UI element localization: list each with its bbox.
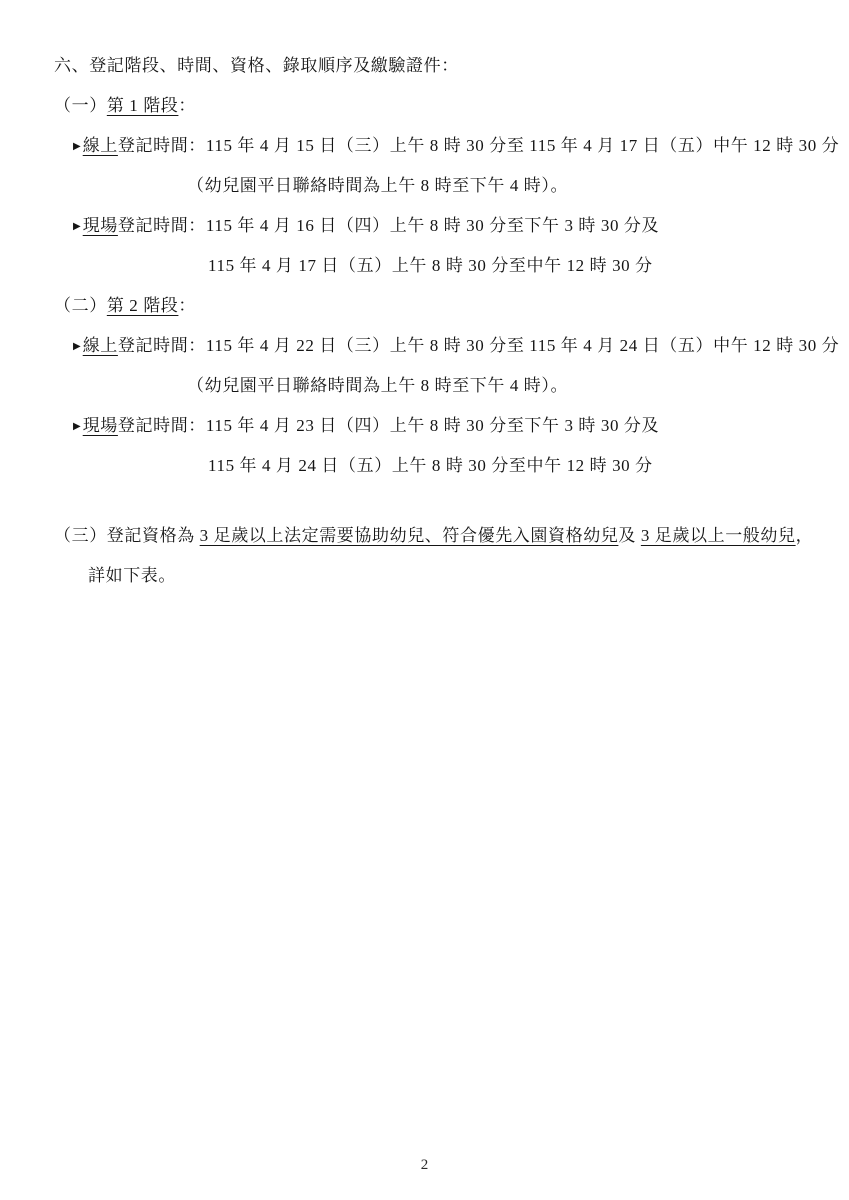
section-heading: 六、登記階段、時間、資格、錄取順序及繳驗證件： xyxy=(54,46,829,86)
phase2-onsite-time-continued: 115 年 4 月 24 日（五）上午 8 時 30 分至中午 12 時 30 … xyxy=(208,446,829,486)
bullet-triangle-icon: ▶ xyxy=(73,207,81,247)
phase1-onsite-time: ▶現場登記時間：115 年 4 月 16 日（四）上午 8 時 30 分至下午 … xyxy=(73,206,829,246)
text: 登記時間：115 年 4 月 16 日（四）上午 8 時 30 分至下午 3 時… xyxy=(118,216,659,235)
subsection-3-eligibility: （三）登記資格為 3 足歲以上法定需要協助幼兒、符合優先入園資格幼兒及 3 足歲… xyxy=(54,516,829,556)
text: 及 xyxy=(618,526,640,545)
text: 登記時間：115 年 4 月 22 日（三）上午 8 時 30 分至 115 年… xyxy=(118,336,839,355)
phase2-onsite-time: ▶現場登記時間：115 年 4 月 23 日（四）上午 8 時 30 分至下午 … xyxy=(73,406,829,446)
phase2-online-time: ▶線上登記時間：115 年 4 月 22 日（三）上午 8 時 30 分至 11… xyxy=(73,326,829,366)
underlined-text: 第 2 階段 xyxy=(107,296,179,315)
phase1-onsite-time-continued: 115 年 4 月 17 日（五）上午 8 時 30 分至中午 12 時 30 … xyxy=(208,246,829,286)
document-page: 六、登記階段、時間、資格、錄取順序及繳驗證件：（一）第 1 階段：▶線上登記時間… xyxy=(0,0,849,1200)
text: 詳如下表。 xyxy=(88,566,176,585)
text: ： xyxy=(178,96,196,115)
document-body: 六、登記階段、時間、資格、錄取順序及繳驗證件：（一）第 1 階段：▶線上登記時間… xyxy=(0,0,849,596)
text: （幼兒園平日聯絡時間為上午 8 時至下午 4 時）。 xyxy=(187,176,568,195)
bullet-triangle-icon: ▶ xyxy=(73,127,81,167)
text: （一） xyxy=(54,96,107,115)
text: 登記時間：115 年 4 月 23 日（四）上午 8 時 30 分至下午 3 時… xyxy=(118,416,659,435)
text: ： xyxy=(178,296,196,315)
text: （三）登記資格為 xyxy=(54,526,200,545)
text: 登記時間：115 年 4 月 15 日（三）上午 8 時 30 分至 115 年… xyxy=(118,136,839,155)
phase1-contact-note: （幼兒園平日聯絡時間為上午 8 時至下午 4 時）。 xyxy=(187,166,829,206)
underlined-text: 現場 xyxy=(83,416,118,435)
subsection-3-continued: 詳如下表。 xyxy=(88,556,829,596)
text: 115 年 4 月 17 日（五）上午 8 時 30 分至中午 12 時 30 … xyxy=(208,256,653,275)
underlined-text: 線上 xyxy=(83,336,118,355)
page-number: 2 xyxy=(0,1157,849,1174)
text: （二） xyxy=(54,296,107,315)
text: 115 年 4 月 24 日（五）上午 8 時 30 分至中午 12 時 30 … xyxy=(208,456,653,475)
underlined-text: 3 足歲以上一般幼兒 xyxy=(641,526,796,545)
underlined-text: 線上 xyxy=(83,136,118,155)
subsection-2-label: （二）第 2 階段： xyxy=(54,286,829,326)
phase2-contact-note: （幼兒園平日聯絡時間為上午 8 時至下午 4 時）。 xyxy=(187,366,829,406)
underlined-text: 現場 xyxy=(83,216,118,235)
text: ， xyxy=(796,526,814,545)
text: （幼兒園平日聯絡時間為上午 8 時至下午 4 時）。 xyxy=(187,376,568,395)
underlined-text: 3 足歲以上法定需要協助幼兒、符合優先入園資格幼兒 xyxy=(200,526,619,545)
phase1-online-time: ▶線上登記時間：115 年 4 月 15 日（三）上午 8 時 30 分至 11… xyxy=(73,126,829,166)
subsection-1-label: （一）第 1 階段： xyxy=(54,86,829,126)
text: 六、登記階段、時間、資格、錄取順序及繳驗證件： xyxy=(54,56,459,75)
underlined-text: 第 1 階段 xyxy=(107,96,179,115)
bullet-triangle-icon: ▶ xyxy=(73,327,81,367)
bullet-triangle-icon: ▶ xyxy=(73,407,81,447)
